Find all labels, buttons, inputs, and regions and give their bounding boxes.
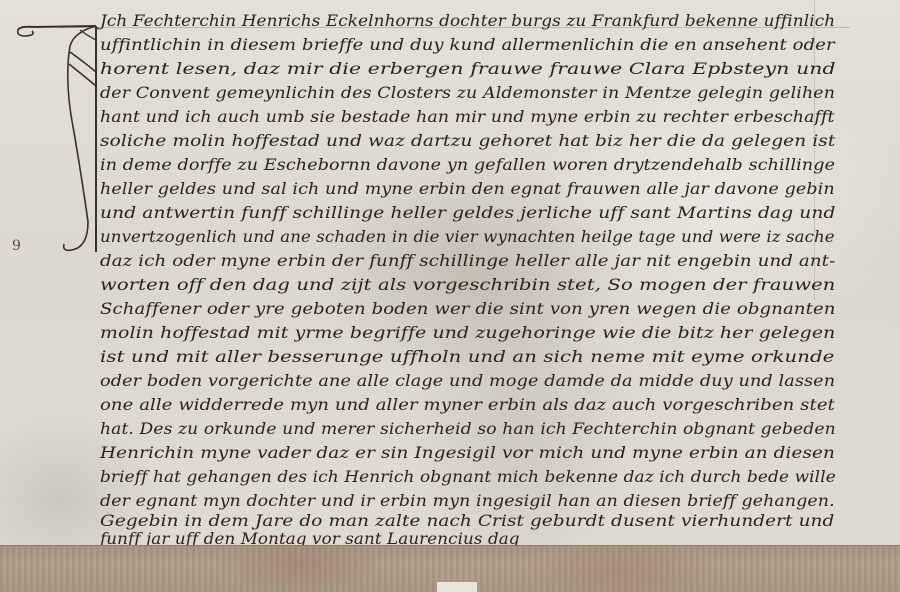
text-line: brieff hat gehangen des ich Henrich obgn… [100, 468, 836, 486]
text-line: Gegebin in dem Jare do man zalte nach Cr… [100, 512, 834, 530]
fold-patch [437, 582, 477, 592]
text-line: in deme dorffe zu Eschebornn davone yn g… [100, 156, 835, 174]
text-line: one alle widderrede myn und aller myner … [100, 396, 835, 414]
text-line: ist und mit aller besserunge uffholn und… [100, 348, 835, 366]
text-line: heller geldes und sal ich und myne erbin… [100, 180, 835, 198]
text-line: Henrichin myne vader daz er sin Ingesigi… [100, 444, 835, 462]
text-line: worten off den dag und zijt als vorgesch… [100, 276, 836, 294]
text-line: hant und ich auch umb sie bestade han mi… [100, 108, 835, 126]
text-line: oder boden vorgerichte ane alle clage un… [100, 372, 835, 390]
text-line: der egnant myn dochter und ir erbin myn … [100, 492, 835, 510]
text-line: der Convent gemeynlichin des Closters zu… [100, 84, 835, 102]
text-line: soliche molin hoffestad und waz dartzu g… [100, 132, 835, 150]
text-line: unvertzogenlich und ane schaden in die v… [100, 228, 835, 246]
text-line: hat. Des zu orkunde und merer sicherheid… [100, 420, 836, 438]
text-line: Jch Fechterchin Henrichs Eckelnhorns doc… [100, 12, 835, 30]
text-line: molin hoffestad mit yrme begriffe und zu… [100, 324, 835, 342]
text-line: und antwertin funff schillinge heller ge… [100, 204, 836, 222]
text-line: Schaffener oder yre geboten boden wer di… [100, 300, 836, 318]
text-line: daz ich oder myne erbin der funff schill… [100, 252, 835, 270]
text-line: uffintlichin in diesem brieffe und duy k… [100, 36, 835, 54]
parchment-sheet: 9 Jch Fechterchin Henrichs Eckelnhorns d… [0, 0, 900, 545]
margin-mark: 9 [12, 238, 21, 254]
text-line: horent lesen, daz mir die erbergen frauw… [100, 60, 836, 78]
decorated-initial-j [14, 22, 114, 254]
